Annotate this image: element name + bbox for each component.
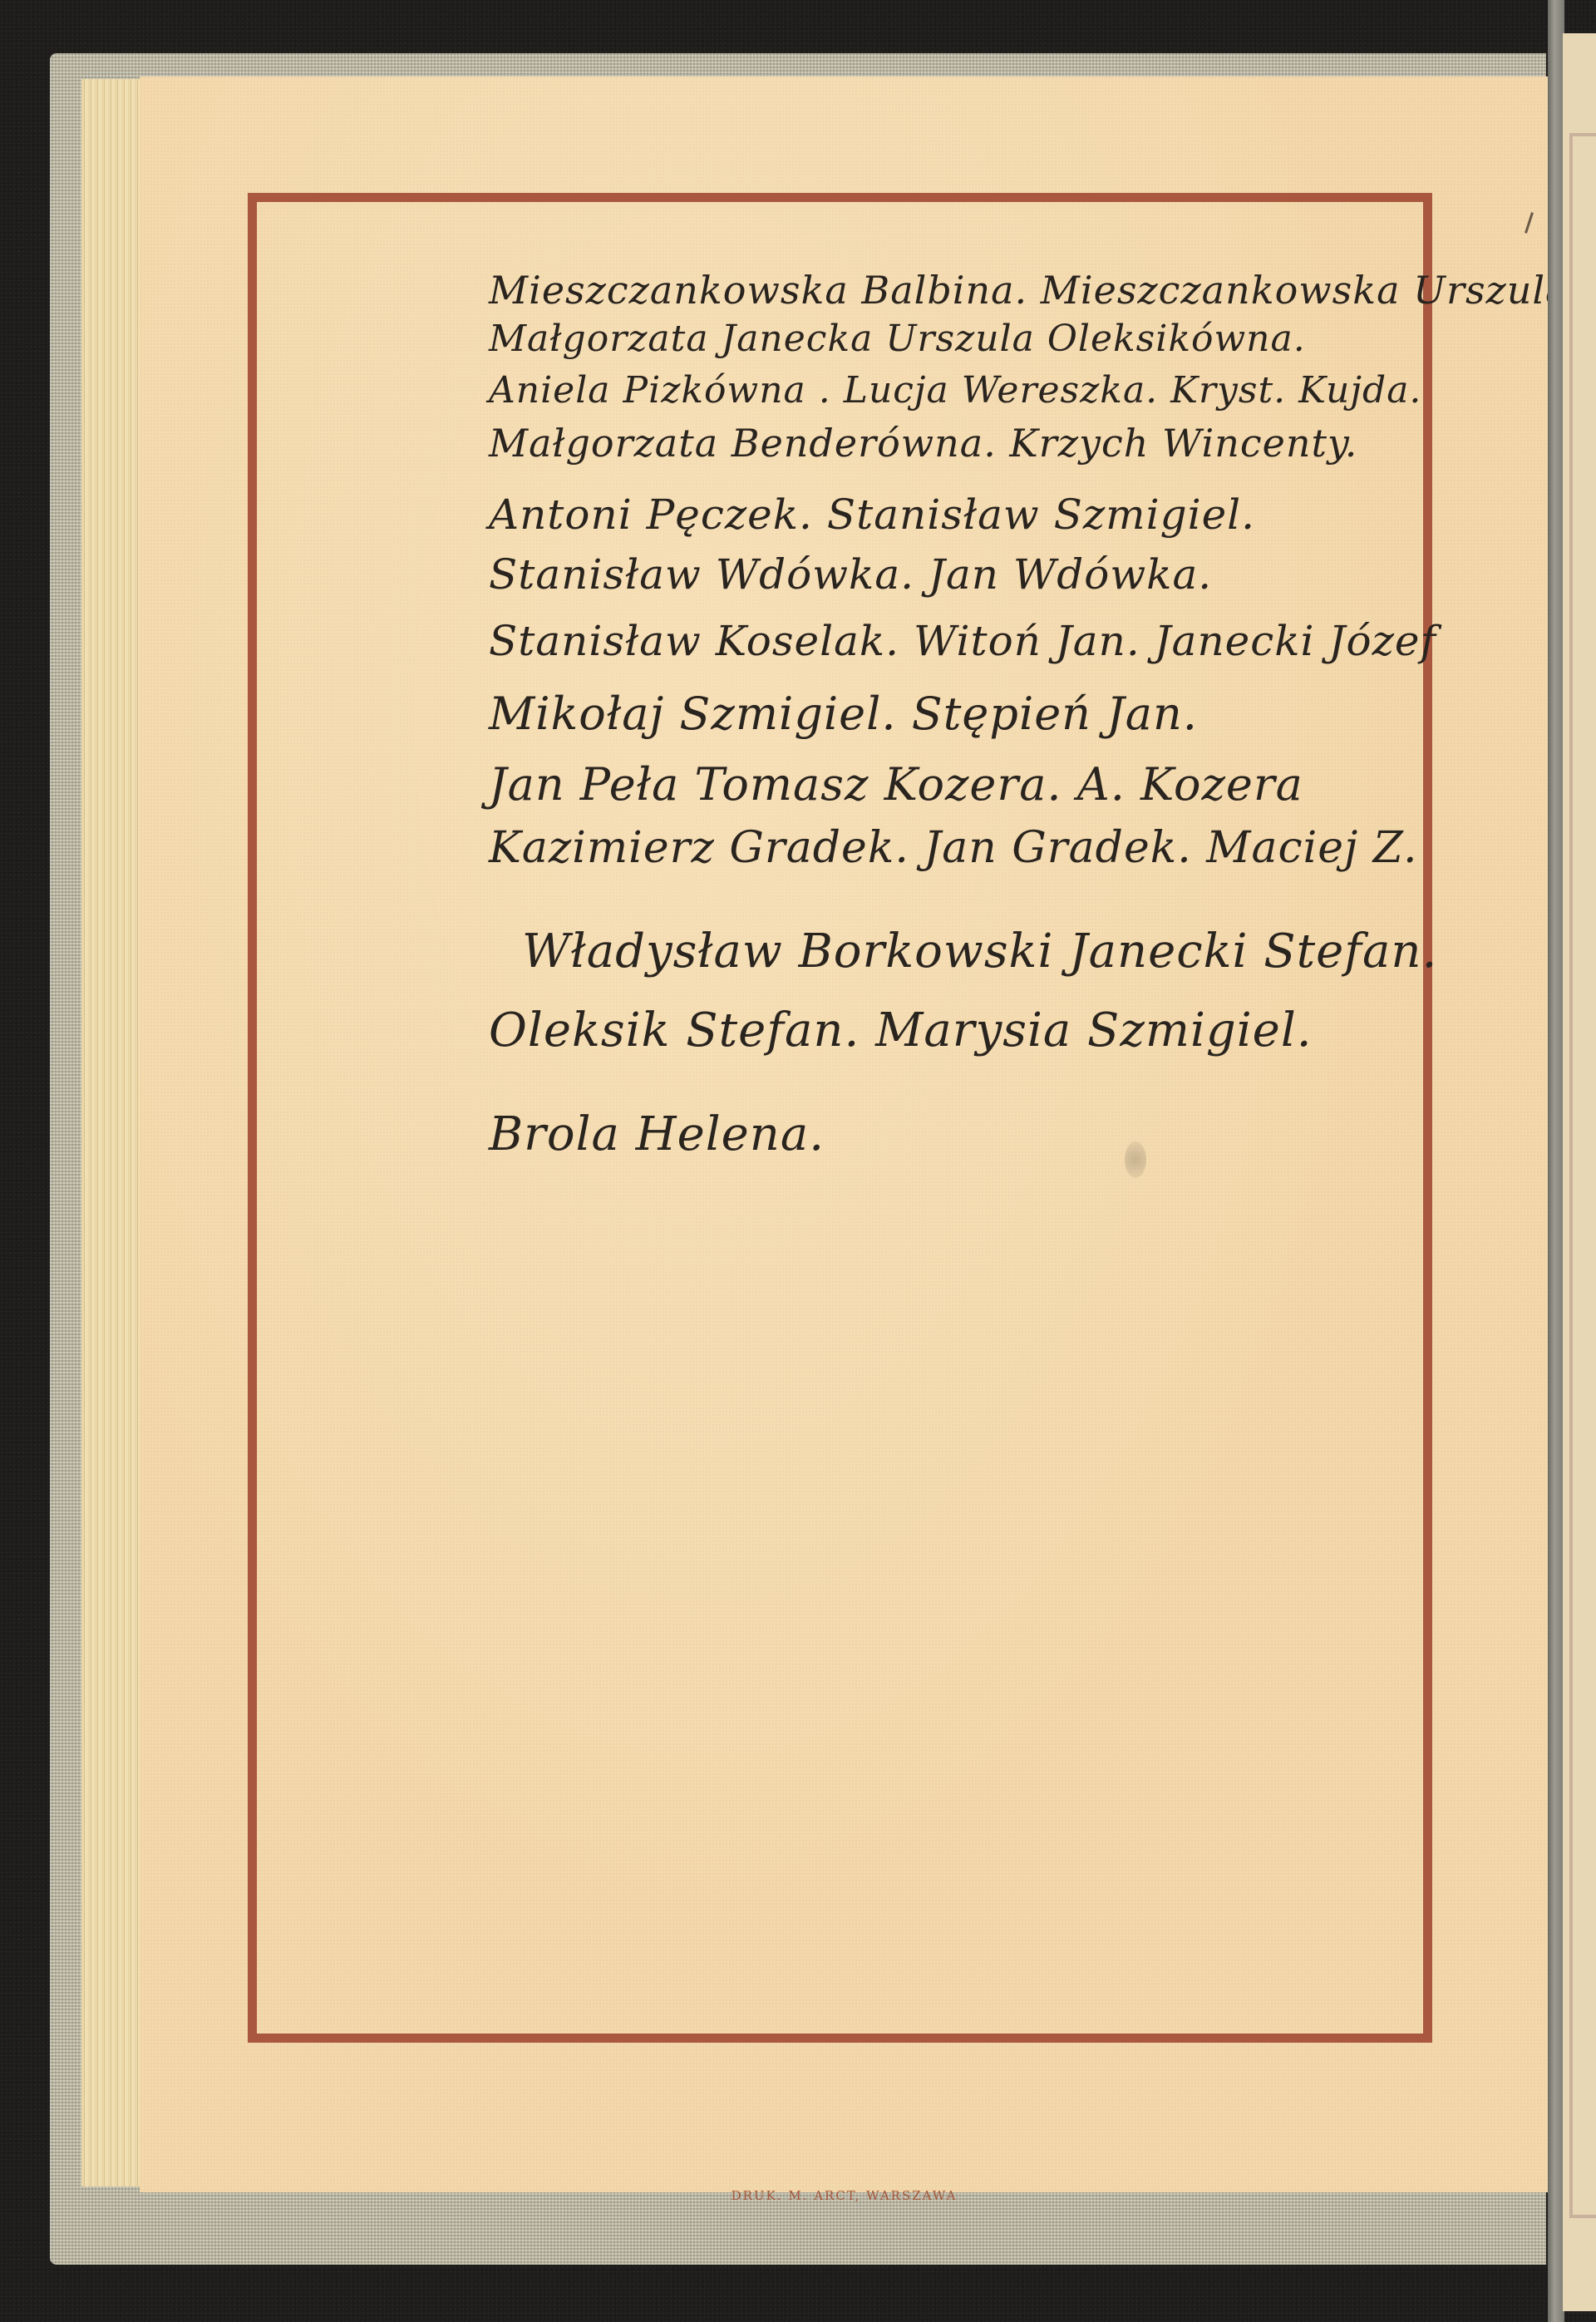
adjacent-page-edge [1563,33,1596,2311]
signature-line: Kazimierz Gradek. Jan Gradek. Maciej Z. [489,823,1417,873]
signature-line: Władysław Borkowski Janecki Stefan. [522,924,1437,979]
printer-imprint: DRUK. M. ARCT, WARSZAWA [140,2188,1549,2203]
ink-stain [1125,1141,1146,1178]
signature-line: Mieszczankowska Balbina. Mieszczankowska… [489,268,1582,313]
signature-line: Stanisław Wdówka. Jan Wdówka. [489,550,1212,599]
signature-line: Aniela Pizkówna . Lucja Wereszka. Kryst.… [489,369,1421,412]
signature-line: Małgorzata Janecka Urszula Oleksikówna. [489,318,1306,360]
signature-line: Oleksik Stefan. Marysia Szmigiel. [489,1003,1313,1057]
book-page: Mieszczankowska Balbina. Mieszczankowska… [140,76,1549,2192]
frame-interior [257,202,1423,2034]
page-edges [81,79,140,2186]
signature-line: Małgorzata Benderówna. Krzych Wincenty. [489,421,1357,466]
signature-line: Antoni Pęczek. Stanisław Szmigiel. [489,491,1255,539]
signature-line: Stanisław Koselak. Witoń Jan. Janecki Jó… [489,617,1436,665]
signature-line: Mikołaj Szmigiel. Stępień Jan. [489,688,1198,740]
signature-line: Jan Peła Tomasz Kozera. A. Kozera [489,758,1303,811]
book-gutter [1548,0,1564,2322]
decorative-frame [248,193,1432,2043]
signature-line: Brola Helena. [489,1107,825,1161]
adjacent-page-frame [1569,133,1596,2218]
